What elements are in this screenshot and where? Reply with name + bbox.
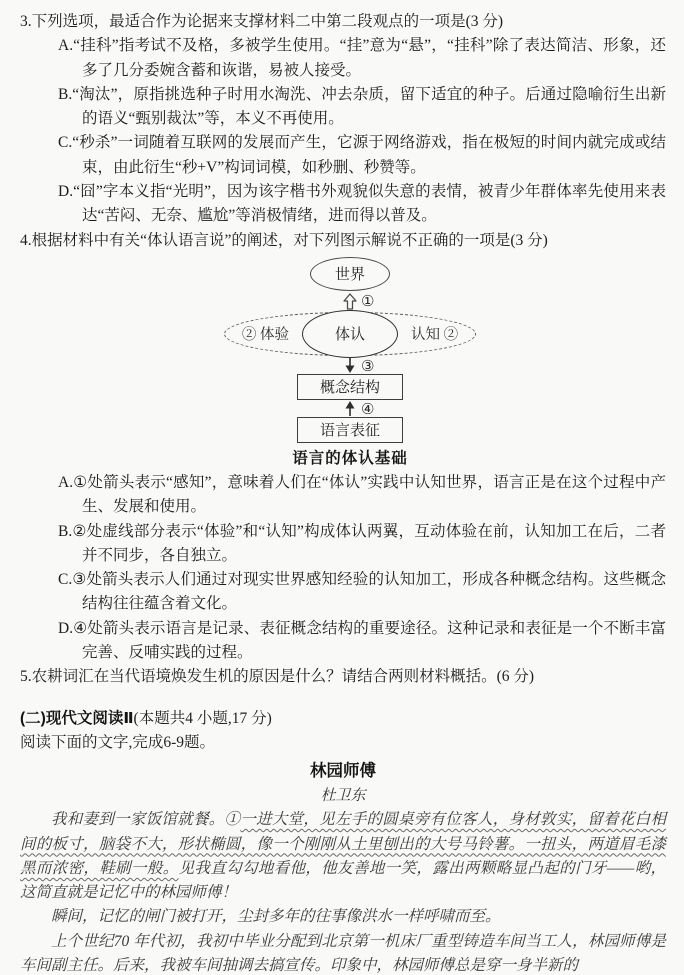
hollow-up-arrow-icon <box>342 293 358 310</box>
question-4-option-c: C.③处箭头表示人们通过对现实世界感知经验的认知加工，形成各种概念结构。这些概念… <box>20 568 666 617</box>
section-2-header: (二)现代文阅读Ⅱ(本题共4 小题,17 分) <box>20 707 666 731</box>
solid-down-arrow-icon <box>344 358 356 373</box>
essay-author: 杜卫东 <box>20 784 666 808</box>
diagram-label-cognition: 认知 ② <box>411 323 458 344</box>
question-3-option-c: C.“秒杀”一词随着互联网的发展而产生，它源于网络游戏，指在极短的时间内就完成或… <box>20 131 666 180</box>
question-4-option-d: D.④处箭头表示语言是记录、表征概念结构的重要途径。这种记录和表征是一个不断丰富… <box>20 617 666 666</box>
essay-paragraph-1: 我和妻到一家饭馆就餐。①一进大堂，见左手的圆桌旁有位客人，身材敦实，留着花白相间… <box>20 808 666 905</box>
diagram-dashed-ellipse: ② 体验 体认 认知 ② <box>224 312 476 356</box>
question-3-stem: 3.下列选项，最适合作为论据来支撑材料二中第二段观点的一项是(3 分) <box>20 10 666 34</box>
diagram-caption: 语言的体认基础 <box>292 446 408 468</box>
essay-title: 林园师傅 <box>20 758 666 784</box>
question-4-stem: 4.根据材料中有关“体认语言说”的阐述，对下列图示解说不正确的一项是(3 分) <box>20 229 666 253</box>
section-2-header-title: (二)现代文阅读Ⅱ <box>20 710 134 727</box>
diagram-node-embodiment: 体认 <box>302 310 398 358</box>
essay-paragraph-2: 瞬间，记忆的闸门被打开，尘封多年的往事像洪水一样呼啸而至。 <box>20 905 666 929</box>
diagram-node-language-representation: 语言表征 <box>297 417 403 443</box>
section-2-instruction: 阅读下面的文字,完成6-9题。 <box>20 731 666 755</box>
embodied-language-diagram: 世界 ① ② 体验 体认 认知 ② ③ 概念结构 ④ <box>27 257 673 469</box>
section-2-header-points: (本题共4 小题,17 分) <box>134 710 272 727</box>
question-3-option-d: D.“囧”字本义指“光明”，因为该字楷书外观貌似失意的表情，被青少年群体率先使用… <box>20 180 666 229</box>
question-3-option-b: B.“淘汰”，原指挑选种子时用水淘洗、冲去杂质，留下适宜的种子。后通过隐喻衍生出… <box>20 83 666 132</box>
question-4-option-a: A.①处箭头表示“感知”，意味着人们在“体认”实践中认知世界，语言正是在这个过程… <box>20 471 666 520</box>
diagram-arrow-1-label: ① <box>361 292 374 311</box>
paragraph-1-lead: 我和妻到一家饭馆就餐。 <box>51 811 225 828</box>
diagram-node-concept-structure: 概念结构 <box>297 374 403 400</box>
question-5-stem: 5.农耕词汇在当代语境焕发生机的原因是什么？请结合两则材料概括。(6 分) <box>20 665 666 689</box>
essay-paragraph-3: 上个世纪70 年代初，我初中毕业分配到北京第一机床厂重型铸造车间当工人，林园师傅… <box>20 930 666 975</box>
paragraph-1-marker: ① <box>225 811 241 828</box>
diagram-label-experience: ② 体验 <box>242 323 289 344</box>
diagram-node-world: 世界 <box>310 257 390 291</box>
question-4-option-b: B.②处虚线部分表示“体验”和“认知”构成体认两翼，互动体验在前，认知加工在后，… <box>20 520 666 569</box>
question-3-option-a: A.“挂科”指考试不及格，多被学生使用。“挂”意为“悬”，“挂科”除了表达简洁、… <box>20 34 666 83</box>
solid-up-arrow-icon <box>344 401 356 416</box>
exam-page: 3.下列选项，最适合作为论据来支撑材料二中第二段观点的一项是(3 分) A.“挂… <box>0 0 684 975</box>
